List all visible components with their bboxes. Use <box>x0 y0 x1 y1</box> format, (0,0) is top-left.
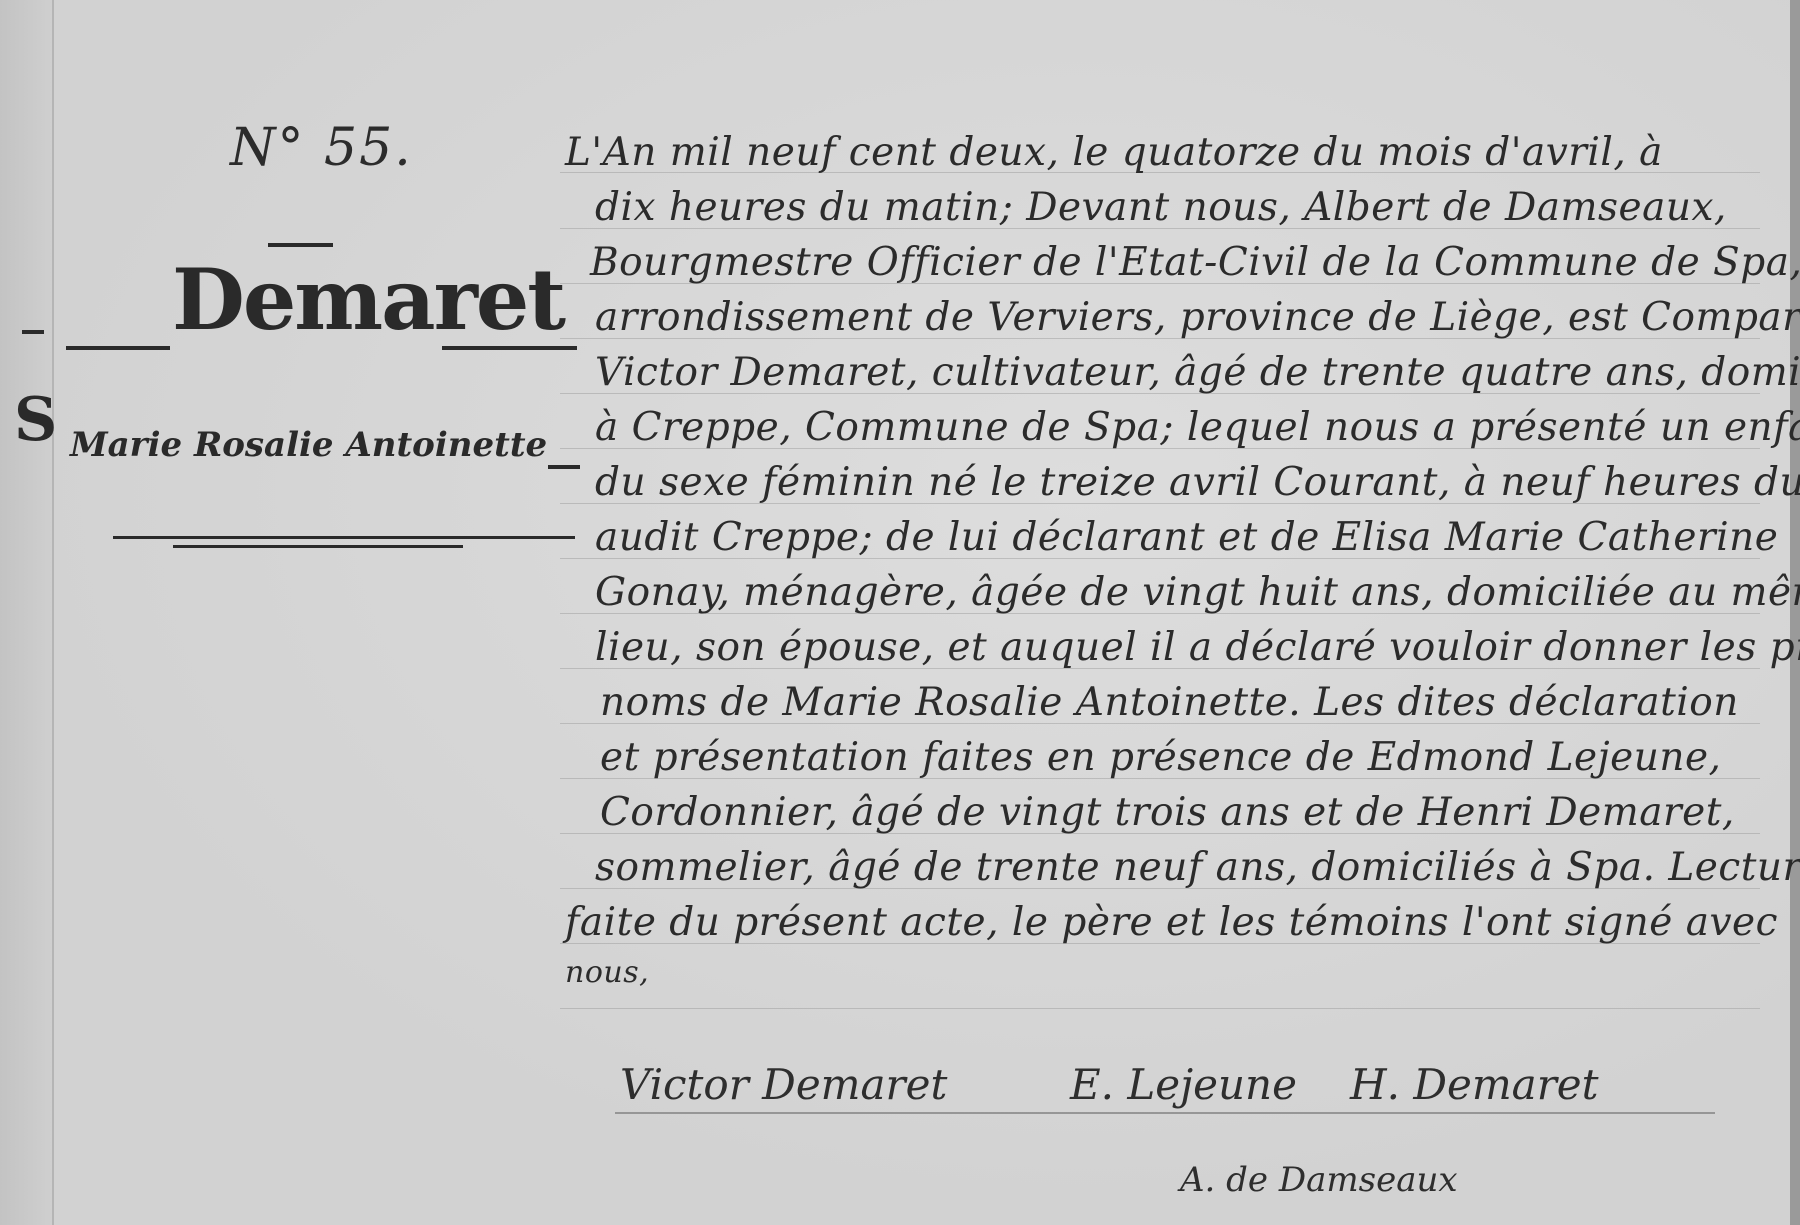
margin-dash <box>22 330 44 334</box>
body-line: Cordonnier, âgé de vingt trois ans et de… <box>600 790 1735 835</box>
body-line: Bourgmestre Officier de l'Etat-Civil de … <box>590 240 1800 285</box>
act-number: N° 55. <box>230 118 413 178</box>
body-line: du sexe féminin né le treize avril Coura… <box>595 460 1800 505</box>
body-line: arrondissement de Verviers, province de … <box>595 295 1800 340</box>
body-line: L'An mil neuf cent deux, le quatorze du … <box>565 130 1663 175</box>
body-line: audit Creppe; de lui déclarant et de Eli… <box>595 515 1778 560</box>
child-surname: Demaret <box>172 250 564 349</box>
signature-officer: A. de Damseaux <box>1180 1160 1458 1200</box>
margin-dash <box>268 243 333 247</box>
ruled-line <box>560 1008 1760 1009</box>
margin-dash <box>66 346 170 350</box>
double-rule-top <box>113 536 575 539</box>
body-line: Victor Demaret, cultivateur, âgé de tren… <box>595 350 1800 395</box>
body-line: et présentation faites en présence de Ed… <box>600 735 1721 780</box>
body-line: noms de Marie Rosalie Antoinette. Les di… <box>600 680 1739 725</box>
signature-line <box>615 1112 1715 1114</box>
body-line: nous, <box>565 955 649 990</box>
signature-witness-1: E. Lejeune <box>1070 1060 1297 1109</box>
child-given-names: Marie Rosalie Antoinette <box>70 425 547 465</box>
sex-marker: S <box>14 385 57 455</box>
margin-dash <box>442 346 577 350</box>
margin-dash <box>548 465 580 469</box>
body-line: dix heures du matin; Devant nous, Albert… <box>595 185 1727 230</box>
signature-witness-2: H. Demaret <box>1350 1060 1599 1109</box>
double-rule-bottom <box>173 545 463 548</box>
body-line: Gonay, ménagère, âgée de vingt huit ans,… <box>595 570 1800 615</box>
signature-father: Victor Demaret <box>620 1060 947 1109</box>
body-line: faite du présent acte, le père et les té… <box>565 900 1778 945</box>
page-gutter <box>0 0 54 1225</box>
body-line: sommelier, âgé de trente neuf ans, domic… <box>595 845 1800 890</box>
registry-page: N° 55. Demaret S Marie Rosalie Antoinett… <box>0 0 1800 1225</box>
body-line: lieu, son épouse, et auquel il a déclaré… <box>595 625 1800 670</box>
body-line: à Creppe, Commune de Spa; lequel nous a … <box>595 405 1800 450</box>
